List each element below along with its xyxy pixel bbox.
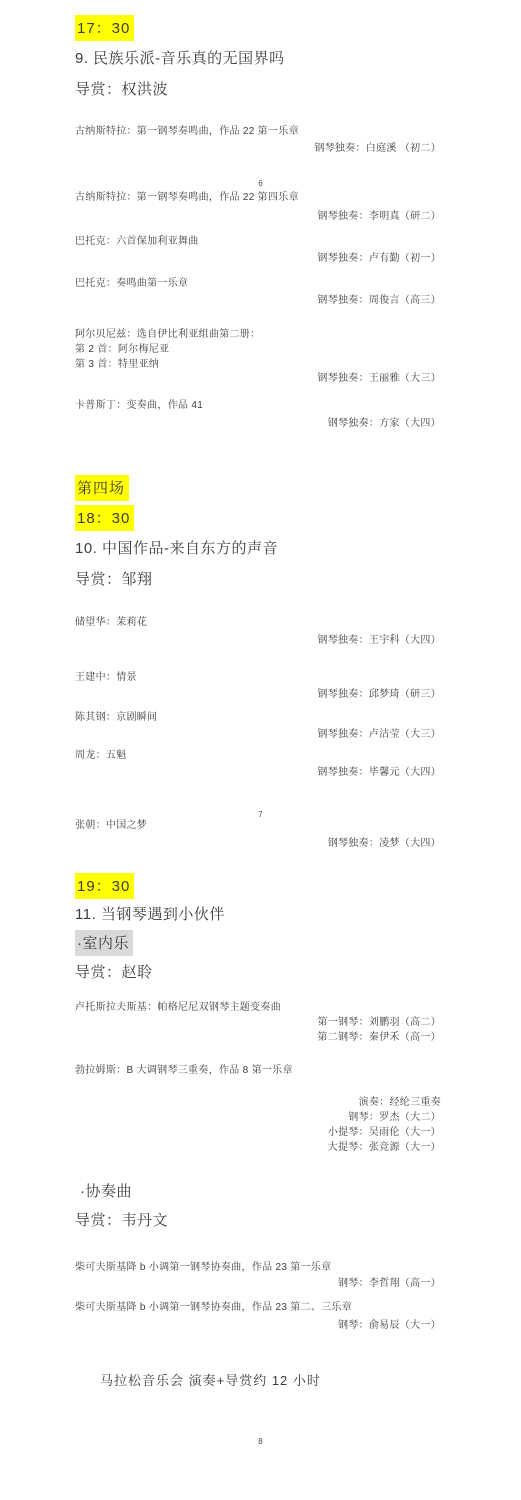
piece-performer: 钢琴独奏：卢有勤（初一） — [75, 251, 441, 266]
highlighted-time-1930: 19：30 — [75, 873, 134, 899]
piece-performer: 钢琴独奏：周俊言（高三） — [75, 293, 441, 308]
program-11-title: 11. 当钢琴遇到小伙伴 — [75, 903, 225, 924]
session-4-label-row: 第四场 — [75, 475, 129, 501]
chamber-subsection-row: ·室内乐 — [75, 930, 133, 956]
piece-title-multiline: 阿尔贝尼兹：选自伊比利亚组曲第二册： 第 2 首：阿尔梅尼亚 第 3 首：特里亚… — [75, 327, 260, 372]
session-time-1730: 17：30 — [75, 15, 134, 41]
performer-line: 大提琴：张竞源（大一） — [75, 1140, 441, 1155]
page-number: 8 — [0, 1437, 521, 1446]
piece-title: 卡普斯丁：变奏曲，作品 41 — [75, 398, 203, 413]
footer-note: 马拉松音乐会 演奏+导赏约 12 小时 — [100, 1370, 321, 1389]
piece-title: 王建中：情景 — [75, 670, 137, 685]
piece-performer: 钢琴：俞易辰（大一） — [75, 1318, 441, 1333]
concerto-subsection-label: ·协奏曲 — [80, 1180, 132, 1201]
piece-title: 柴可夫斯基降 b 小调第一钢琴协奏曲，作品 23 第一乐章 — [75, 1260, 332, 1275]
piece-performers: 演奏：经纶三重奏 钢琴：罗杰（大二） 小提琴：吴雨伦（大一） 大提琴：张竞源（大… — [75, 1095, 441, 1155]
concerto-guide: 导赏：韦丹文 — [75, 1209, 168, 1230]
piece-title: 古纳斯特拉：第一钢琴奏鸣曲，作品 22 第四乐章 — [75, 190, 299, 205]
piece-performer: 钢琴独奏：毕馨元（大四） — [75, 765, 441, 780]
piece-performer: 钢琴独奏：方家（大四） — [75, 416, 441, 431]
piece-performer: 钢琴独奏：邱梦琦（研三） — [75, 687, 441, 702]
piece-title: 储望华：茉莉花 — [75, 615, 147, 630]
highlighted-chamber-label: ·室内乐 — [75, 930, 133, 956]
piece-title: 张朝：中国之梦 — [75, 818, 147, 833]
piece-title: 卢托斯拉夫斯基：帕格尼尼双钢琴主题变奏曲 — [75, 1000, 281, 1015]
program-10-guide: 导赏：邹翔 — [75, 568, 153, 589]
piece-title: 古纳斯特拉：第一钢琴奏鸣曲，作品 22 第一乐章 — [75, 124, 299, 139]
concert-program-page: 17：30 9. 民族乐派-音乐真的无国界吗 导赏：权洪波 古纳斯特拉：第一钢琴… — [0, 0, 521, 1500]
piece-title: 巴托克：六首保加利亚舞曲 — [75, 234, 199, 249]
program-10-title: 10. 中国作品-来自东方的声音 — [75, 537, 278, 558]
piece-performer: 钢琴独奏：卢洁莹（大三） — [75, 727, 441, 742]
program-9-guide: 导赏：权洪波 — [75, 78, 168, 99]
piece-title: 柴可夫斯基降 b 小调第一钢琴协奏曲，作品 23 第二、三乐章 — [75, 1300, 352, 1315]
highlighted-session-4-label: 第四场 — [75, 475, 129, 501]
session-time-1830: 18：30 — [75, 505, 134, 531]
piece-title-line: 第 3 首：特里亚纳 — [75, 357, 260, 372]
piece-title: 勃拉姆斯：B 大调钢琴三重奏，作品 8 第一乐章 — [75, 1063, 293, 1078]
highlighted-time-1730: 17：30 — [75, 15, 134, 41]
piece-performers: 第一钢琴：刘鹏羽（高二） 第二钢琴：秦伊禾（高一） — [75, 1015, 441, 1045]
piece-title-line: 第 2 首：阿尔梅尼亚 — [75, 342, 260, 357]
performer-line: 第一钢琴：刘鹏羽（高二） — [75, 1015, 441, 1030]
program-9-title: 9. 民族乐派-音乐真的无国界吗 — [75, 47, 285, 68]
performer-line: 钢琴：罗杰（大二） — [75, 1110, 441, 1125]
page-artifact-6: 6 — [0, 179, 521, 188]
piece-title-line: 阿尔贝尼兹：选自伊比利亚组曲第二册： — [75, 327, 260, 342]
performer-line: 小提琴：吴雨伦（大一） — [75, 1125, 441, 1140]
piece-performer: 钢琴独奏：王宇科（大四） — [75, 633, 441, 648]
performer-line: 演奏：经纶三重奏 — [75, 1095, 441, 1110]
piece-title: 周龙：五魁 — [75, 748, 127, 763]
piece-performer: 钢琴独奏：王丽雅（大三） — [75, 371, 441, 386]
piece-title: 巴托克：奏鸣曲第一乐章 — [75, 276, 188, 291]
piece-performer: 钢琴独奏：凌梦（大四） — [75, 836, 441, 851]
session-time-1930: 19：30 — [75, 873, 134, 899]
piece-performer: 钢琴独奏：李明真（研二） — [75, 209, 441, 224]
highlighted-time-1830: 18：30 — [75, 505, 134, 531]
chamber-guide: 导赏：赵聆 — [75, 961, 153, 982]
piece-performer: 钢琴独奏：白庭溪 （初二） — [75, 141, 441, 156]
piece-title: 陈其钢：京剧瞬间 — [75, 710, 157, 725]
performer-line: 第二钢琴：秦伊禾（高一） — [75, 1030, 441, 1045]
piece-performer: 钢琴：李哲翔（高一） — [75, 1276, 441, 1291]
